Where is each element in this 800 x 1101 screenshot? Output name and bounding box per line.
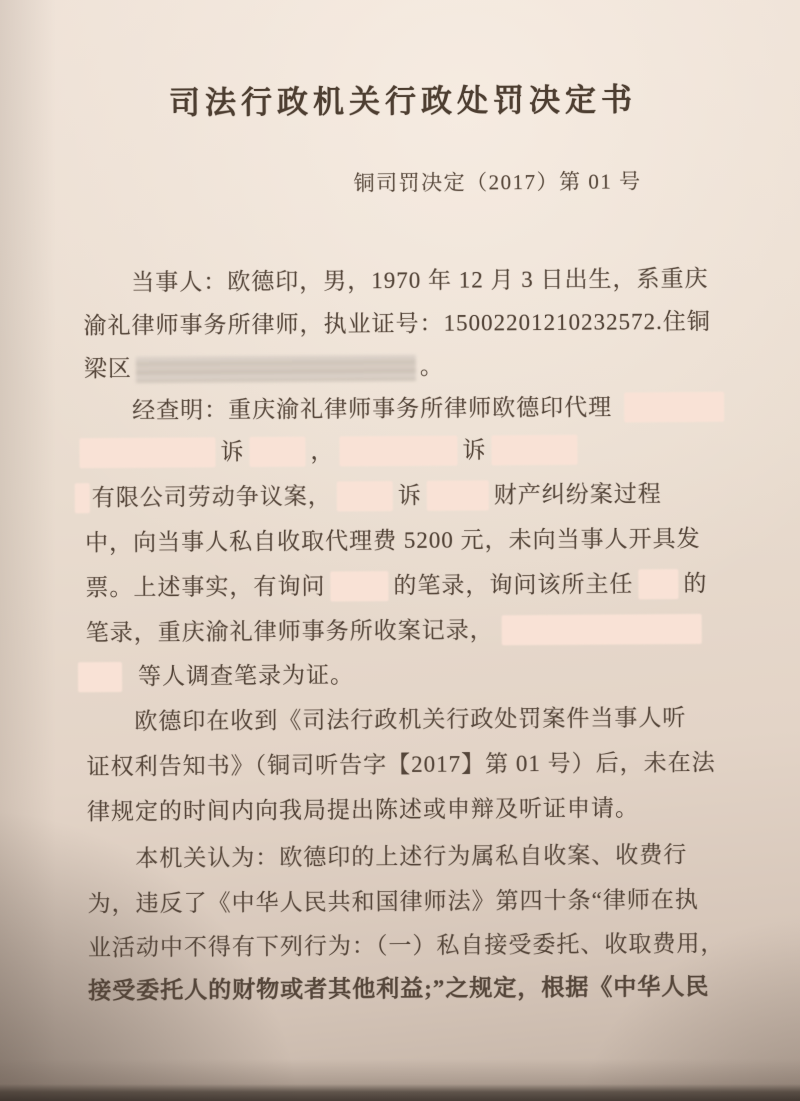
redaction-pink (427, 480, 489, 510)
redaction-pink (249, 437, 305, 467)
line-text: 中，向当事人私自收取代理费 5200 元，未向当事人开具发 (85, 520, 701, 557)
body-line-3: 梁区。 (84, 348, 444, 384)
line-text: 票。上述事实，有询问 (85, 568, 325, 603)
redaction-pink (339, 436, 457, 467)
redaction-blur (136, 355, 416, 383)
redaction-pink (337, 481, 393, 511)
body-line-8: 票。上述事实，有询问的笔录，询问该所主任的 (85, 565, 707, 603)
line-text: 证权利告知书》（铜司听告字【2017】第 01 号）后，未在法 (87, 744, 716, 781)
body-line-16: 业活动中不得有下列行为：（一）私自接受委托、收取费用， (88, 925, 725, 962)
line-text: 为，违反了《中华人民共和国律师法》第四十条“律师在执 (87, 881, 698, 918)
redaction-pink (502, 614, 702, 645)
body-line-7: 中，向当事人私自收取代理费 5200 元，未向当事人开具发 (85, 520, 701, 557)
line-text: 有限公司劳动争议案， (92, 477, 332, 512)
redaction-pink (491, 435, 577, 466)
line-text: 当事人：欧德印，男，1970 年 12 月 3 日出生，系重庆 (131, 260, 708, 297)
redaction-pink (624, 392, 724, 423)
body-line-12: 证权利告知书》（铜司听告字【2017】第 01 号）后，未在法 (87, 744, 716, 781)
document-title: 司法行政机关行政处罚决定书 (169, 74, 637, 122)
redaction-pink (330, 571, 388, 601)
line-text: 本机关认为：欧德印的上述行为属私自收案、收费行 (135, 836, 687, 873)
line-text: 业活动中不得有下列行为：（一）私自接受委托、收取费用， (88, 925, 725, 962)
document-content: 司法行政机关行政处罚决定书 铜司罚决定（2017）第 01 号 当事人：欧德印，… (0, 0, 800, 1101)
redaction-pink (638, 569, 678, 599)
redaction-pink (78, 662, 122, 692)
line-text: 笔录，重庆渝礼律师事务所收案记录， (86, 611, 494, 647)
body-line-4: 经查明：重庆渝礼律师事务所律师欧德印代理 (132, 388, 729, 426)
body-line-17: 接受委托人的财物或者其他利益;”之规定，根据《中华人民 (88, 968, 709, 1005)
line-text: ， (310, 432, 334, 465)
line-text: 的笔录，询问该所主任 (393, 565, 633, 600)
line-text: 梁区 (84, 350, 132, 383)
line-text: 律规定的时间内向我局提出陈述或申辩及听证申请。 (87, 789, 639, 826)
line-text: 财产纠纷案过程 (494, 475, 662, 509)
body-line-2: 渝礼律师事务所律师，执业证号：15002201210232572.住铜 (83, 303, 710, 340)
line-text: 的 (683, 565, 707, 598)
line-text: 渝礼律师事务所律师，执业证号：15002201210232572.住铜 (83, 303, 710, 340)
body-line-5: 诉，诉 (79, 431, 582, 469)
body-line-13: 律规定的时间内向我局提出陈述或申辩及听证申请。 (87, 789, 639, 826)
line-text: 诉 (462, 431, 486, 464)
line-text: 诉 (398, 477, 422, 510)
body-line-14: 本机关认为：欧德印的上述行为属私自收案、收费行 (135, 836, 687, 873)
line-text: 。 (420, 348, 444, 381)
body-line-6: 有限公司劳动争议案，诉财产纠纷案过程 (75, 475, 662, 513)
line-text: 等人调查笔录为证。 (138, 656, 354, 691)
line-text: 接受委托人的财物或者其他利益;”之规定，根据《中华人民 (88, 968, 709, 1005)
document-photo: 司法行政机关行政处罚决定书 铜司罚决定（2017）第 01 号 当事人：欧德印，… (0, 0, 800, 1101)
body-line-9: 笔录，重庆渝礼律师事务所收案记录， (86, 610, 707, 648)
body-line-1: 当事人：欧德印，男，1970 年 12 月 3 日出生，系重庆 (131, 260, 708, 297)
body-line-11: 欧德印在收到《司法行政机关行政处罚案件当事人听 (134, 699, 686, 736)
redaction-pink (79, 437, 215, 468)
document-number: 铜司罚决定（2017）第 01 号 (353, 165, 641, 197)
line-text: 欧德印在收到《司法行政机关行政处罚案件当事人听 (134, 699, 686, 736)
body-line-15: 为，违反了《中华人民共和国律师法》第四十条“律师在执 (87, 881, 698, 918)
body-line-10: 等人调查笔录为证。 (78, 656, 354, 692)
redaction-pink (75, 483, 90, 513)
line-text: 经查明：重庆渝礼律师事务所律师欧德印代理 (132, 389, 612, 425)
line-text: 诉 (220, 433, 244, 466)
